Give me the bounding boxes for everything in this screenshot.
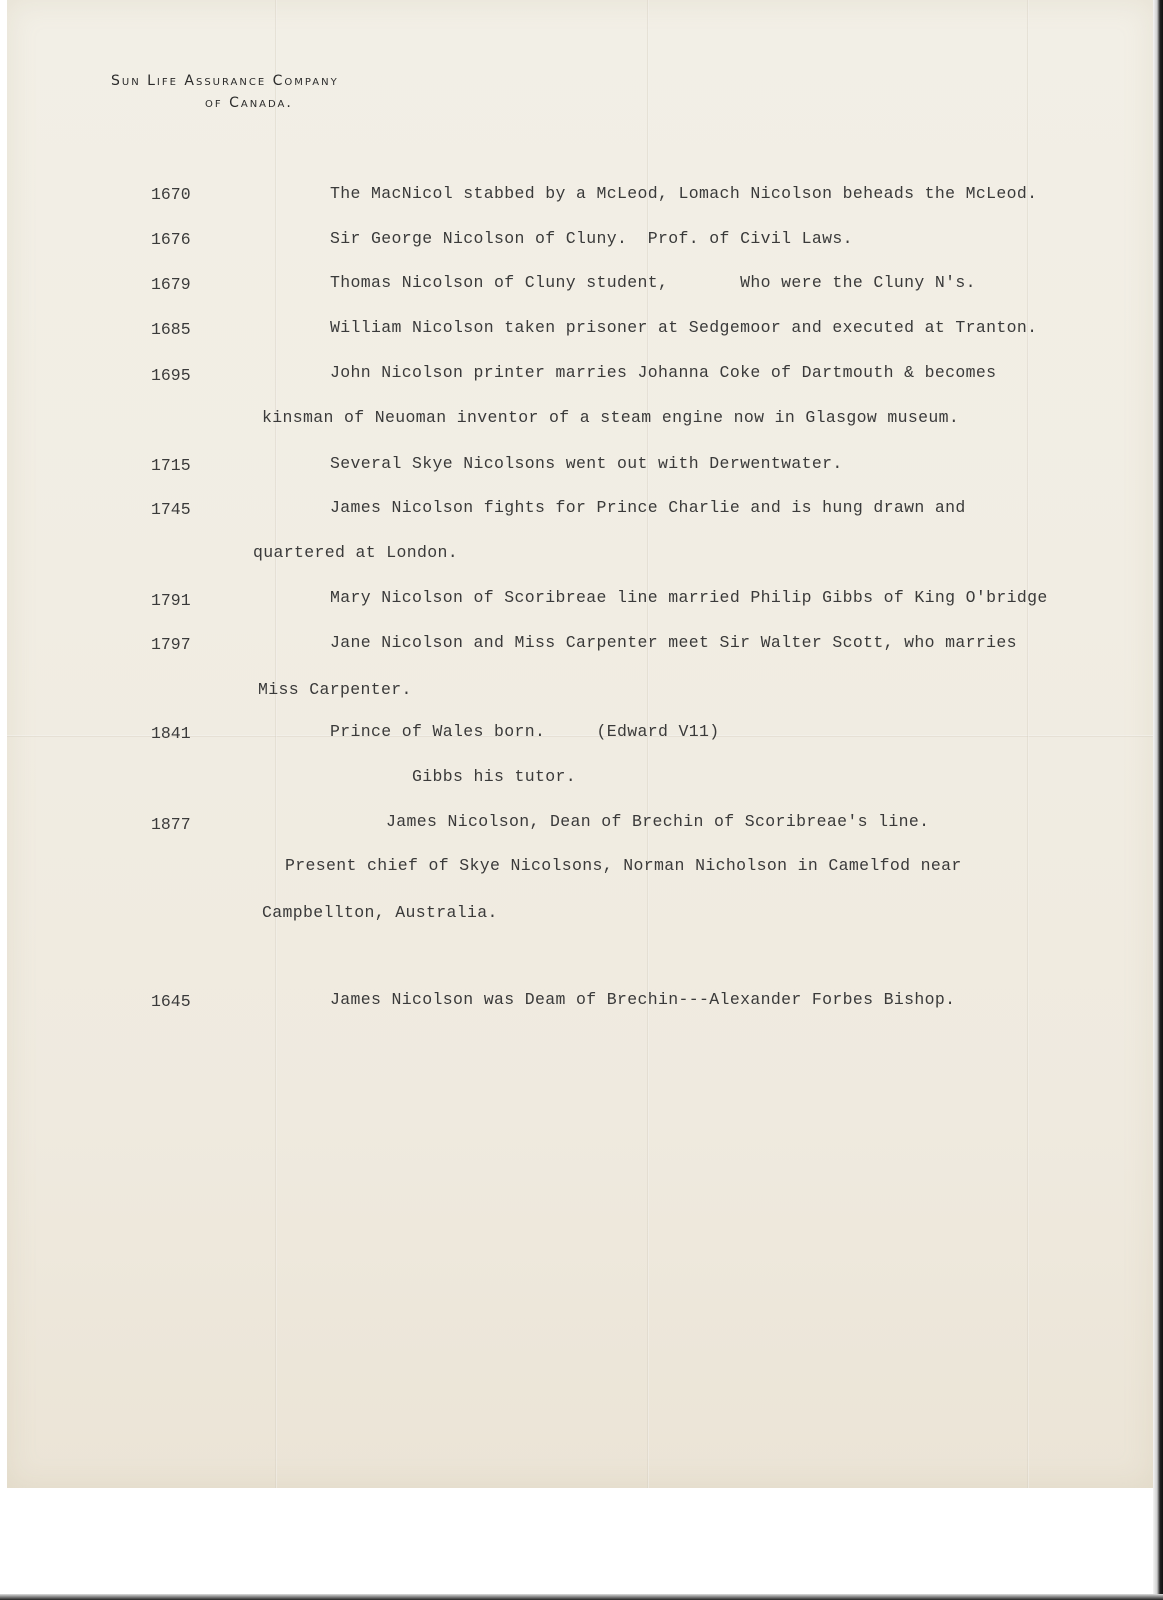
- entry-year: 1679: [151, 275, 191, 294]
- typed-letter-page: [7, 0, 1153, 1488]
- letterhead-company: Sun Life Assurance Company: [111, 70, 339, 92]
- entry-year: 1670: [151, 185, 191, 204]
- entry-text-continued: kinsman of Neuoman inventor of a steam e…: [262, 408, 959, 427]
- paper-fold-vertical: [647, 0, 649, 1488]
- entry-year: 1745: [151, 500, 191, 519]
- letterhead: Sun Life Assurance Company of Canada.: [111, 70, 339, 114]
- entry-year: 1645: [151, 992, 191, 1011]
- entry-year: 1877: [151, 815, 191, 834]
- entry-year: 1685: [151, 320, 191, 339]
- entry-text: John Nicolson printer marries Johanna Co…: [330, 363, 996, 382]
- entry-text: Prince of Wales born. (Edward V11): [330, 722, 720, 741]
- entry-text: James Nicolson, Dean of Brechin of Scori…: [386, 812, 929, 831]
- entry-text: Jane Nicolson and Miss Carpenter meet Si…: [330, 633, 1017, 652]
- entry-text: The MacNicol stabbed by a McLeod, Lomach…: [330, 184, 1037, 203]
- entry-text-continued: Campbellton, Australia.: [262, 903, 498, 922]
- entry-text: James Nicolson fights for Prince Charlie…: [330, 498, 966, 517]
- scan-edge-right: [1153, 0, 1163, 1600]
- entry-year: 1695: [151, 366, 191, 385]
- entry-text: Thomas Nicolson of Cluny student, Who we…: [330, 273, 976, 292]
- scan-edge-bottom: [0, 1594, 1163, 1600]
- entry-text: Mary Nicolson of Scoribreae line married…: [330, 588, 1048, 607]
- entry-text: Several Skye Nicolsons went out with Der…: [330, 454, 843, 473]
- entry-text: James Nicolson was Deam of Brechin---Ale…: [330, 990, 955, 1009]
- letterhead-country: of Canada.: [111, 92, 339, 114]
- entry-year: 1715: [151, 456, 191, 475]
- entry-text: Sir George Nicolson of Cluny. Prof. of C…: [330, 229, 853, 248]
- entry-text-continued: Miss Carpenter.: [258, 680, 412, 699]
- entry-year: 1841: [151, 724, 191, 743]
- entry-year: 1791: [151, 591, 191, 610]
- entry-text: William Nicolson taken prisoner at Sedge…: [330, 318, 1037, 337]
- entry-text-continued: quartered at London.: [253, 543, 458, 562]
- paper-fold-vertical: [275, 0, 277, 1488]
- entry-year: 1676: [151, 230, 191, 249]
- entry-year: 1797: [151, 635, 191, 654]
- paper-fold-vertical: [1027, 0, 1029, 1488]
- entry-text-continued: Gibbs his tutor.: [412, 767, 576, 786]
- entry-text-continued: Present chief of Skye Nicolsons, Norman …: [285, 856, 962, 875]
